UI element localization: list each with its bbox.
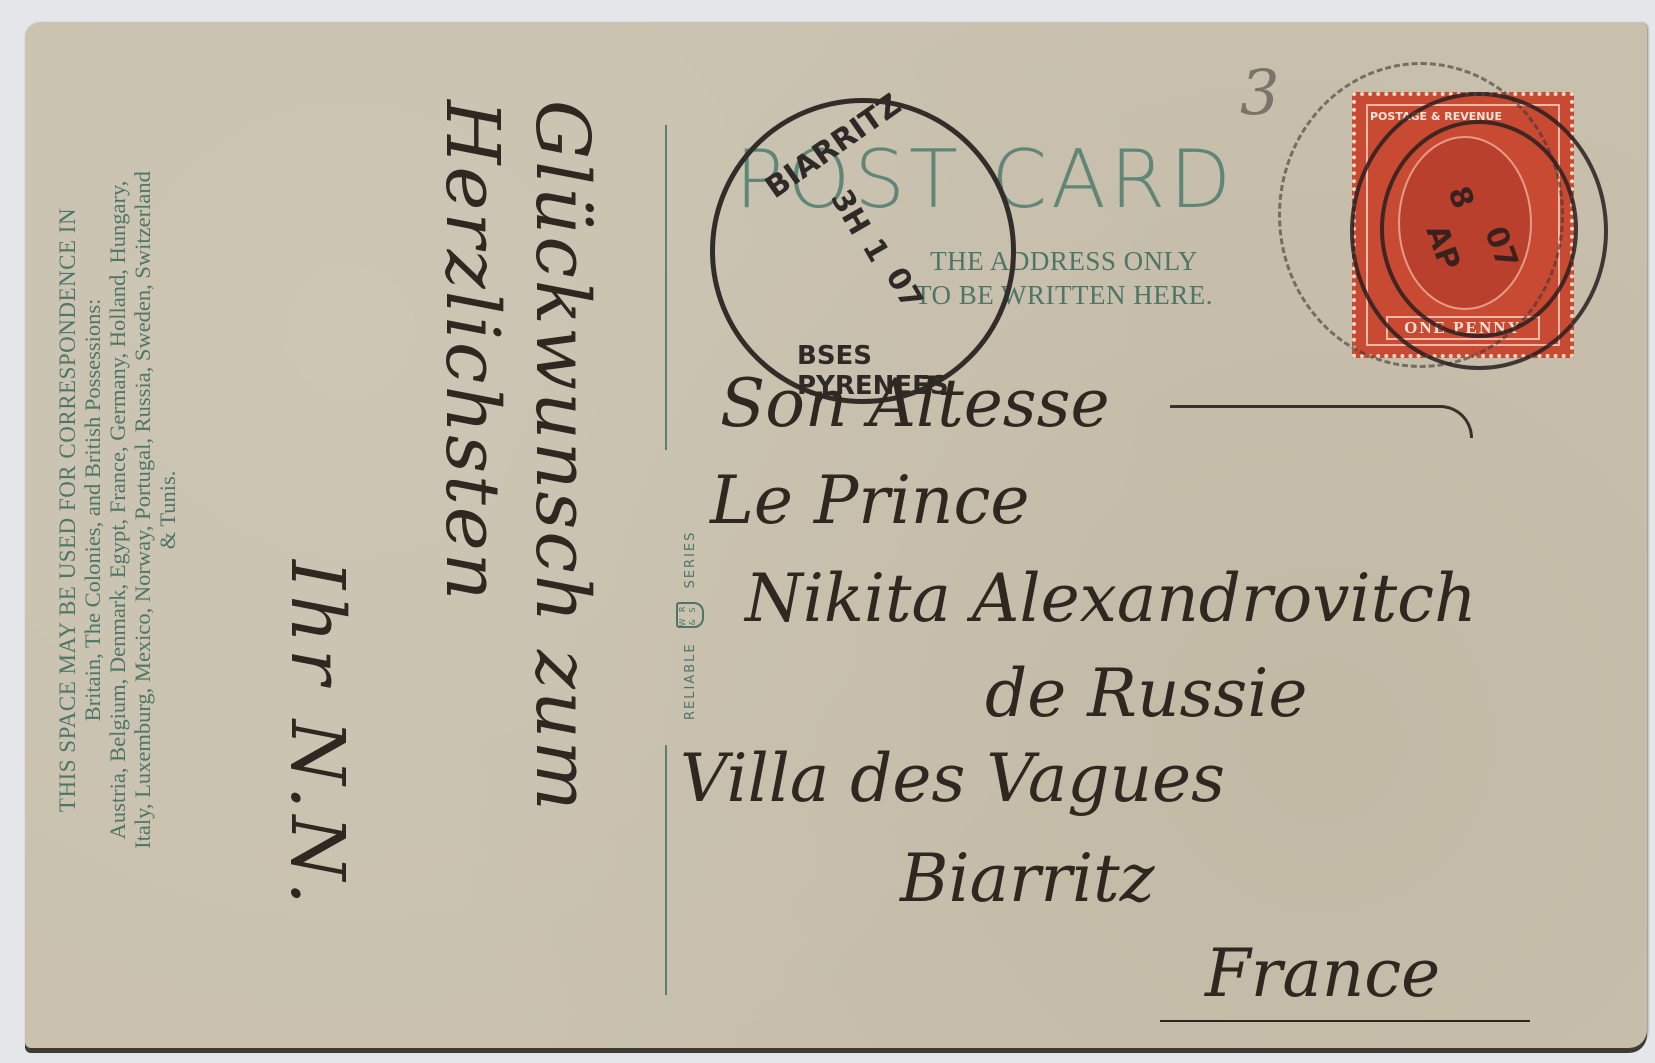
address-line-3: Nikita Alexandrovitch [745,560,1477,637]
address-line-7: France [1205,935,1440,1012]
postmark-date-1: 3H [823,184,876,241]
postmark-date-3: 07 [878,262,929,316]
address-underline [1160,1020,1530,1022]
signature: Ihr N.N. [274,560,360,911]
cancel-ring-inner [1380,120,1578,338]
divider-line [665,745,667,995]
message-line-2: Glückwunsch zum [519,100,605,813]
notice-line-4: Italy, Luxemburg, Mexico, Norway, Portug… [130,60,155,960]
publisher-left: RELIABLE [683,642,698,720]
address-line-1: Son Altesse [720,365,1110,442]
pencil-mark: 3 [1240,56,1279,129]
publisher-mark: RELIABLE W R & S SERIES [676,430,704,720]
notice-line-5: & Tunis. [155,60,180,960]
postmark: BIARRITZ BSES PYRENEES 3H 1 07 [710,98,1016,404]
address-line-4: de Russie [985,655,1307,732]
correspondence-notice: THIS SPACE MAY BE USED FOR CORRESPONDENC… [55,60,180,960]
message-line-1: Herzlichsten [429,100,515,602]
crest-icon: W R & S [676,602,704,628]
address-line-2: Le Prince [710,462,1029,539]
address-line-5: Villa des Vagues [680,740,1225,817]
notice-line-2: Britain, The Colonies, and British Posse… [80,60,105,960]
notice-line-1: THIS SPACE MAY BE USED FOR CORRESPONDENC… [55,60,80,960]
flourish [1170,405,1473,438]
notice-line-3: Austria, Belgium, Denmark, Egypt, France… [105,60,130,960]
postmark-date-2: 1 [855,233,896,269]
address-line-6: Biarritz [900,840,1154,917]
divider-line [665,125,667,450]
publisher-right: SERIES [683,531,698,589]
